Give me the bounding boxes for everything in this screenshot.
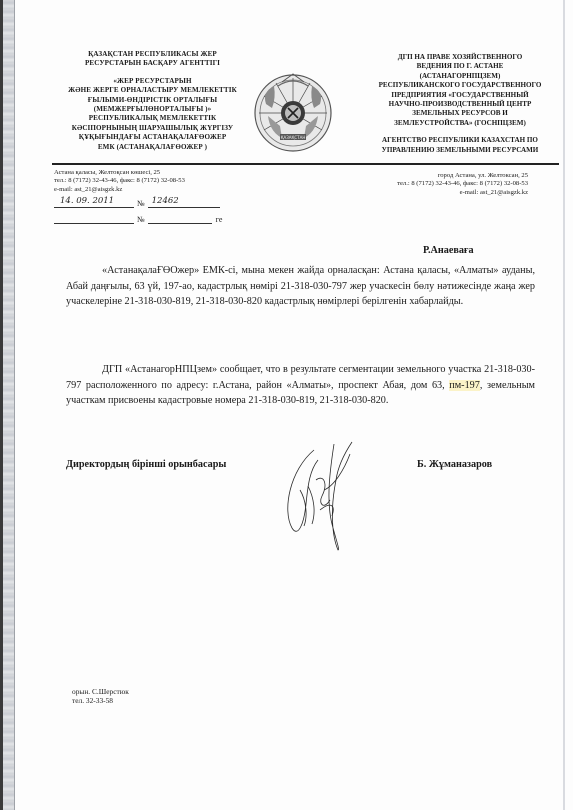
org-line: «ЖЕР РЕСУРСТАРЫН [60, 77, 245, 86]
email: e-mail: ast_21@aisgzk.kz [54, 186, 185, 194]
contacts-kazakh: Астана қаласы, Желтоқсан көшесі, 25 тел.… [54, 169, 185, 194]
org-line: ЕМК (АСТАНАҚАЛАҒӨОЖЕР ) [60, 143, 245, 152]
org-line: РЕСПУБЛИКАНСКОГО ГОСУДАРСТВЕННОГО [362, 81, 558, 90]
highlighted-text: пм-197 [449, 380, 480, 391]
suffix: ге [216, 215, 223, 224]
executor-name: орын. С.Шерстюк [72, 687, 129, 696]
org-line: РЕСПУБЛИКАЛЫҚ МЕМЛЕКЕТТІК [60, 114, 245, 123]
org-line: ҚАЗАҚСТАН РЕСПУБЛИКАСЫ ЖЕР [60, 50, 245, 59]
blank-field [54, 213, 134, 224]
state-emblem-icon: ҚАЗАҚСТАН [252, 72, 334, 154]
org-line: РЕСУРСТАРЫН БАСҚАРУ АГЕНТТІГІ [60, 59, 245, 68]
date-field: 14. 09. 2011 [54, 197, 134, 208]
org-line: ҒЫЛЫМИ-ӨНДІРІСТІК ОРТАЛЫҒЫ [60, 96, 245, 105]
org-line: АГЕНТСТВО РЕСПУБЛИКИ КАЗАХСТАН ПО [362, 136, 558, 145]
signature-icon [280, 440, 360, 552]
incoming-registration: №ге [54, 213, 222, 224]
contacts-russian: город Астана, ул. Желтоксан, 25 тел.: 8 … [397, 172, 528, 197]
executor-phone: тел. 32-33-58 [72, 696, 129, 705]
letterhead-kazakh: ҚАЗАҚСТАН РЕСПУБЛИКАСЫ ЖЕР РЕСУРСТАРЫН Б… [60, 50, 245, 152]
org-line: ЗЕМЕЛЬНЫХ РЕСУРСОВ И [362, 109, 558, 118]
body-paragraph-russian: ДГП «АстанагорНПЦзем» сообщает, что в ре… [66, 362, 535, 409]
signatory-title: Директордың бірінші орынбасары [66, 459, 226, 470]
org-line: (АСТАНАГОРНПЦЗЕМ) [362, 72, 558, 81]
org-line: ЖӘНЕ ЖЕРГЕ ОРНАЛАСТЫРУ МЕМЛЕКЕТТІК [60, 86, 245, 95]
scan-right-edge [563, 0, 565, 810]
org-line: НАУЧНО-ПРОИЗВОДСТВЕННЫЙ ЦЕНТР [362, 100, 558, 109]
org-line: ҚҰҚЫҒЫНДАҒЫ АСТАНАҚАЛАҒӨОЖЕР [60, 133, 245, 142]
outgoing-registration: 14. 09. 2011 № 12462 [54, 197, 220, 208]
addressee: Р.Анаеваға [423, 245, 474, 256]
letterhead-russian: ДГП НА ПРАВЕ ХОЗЯЙСТВЕННОГО ВЕДЕНИЯ ПО Г… [362, 53, 558, 155]
org-line: КӘСІПОРНЫНЫҢ ШАРУАШЫЛЫҚ ЖҮРГІЗУ [60, 124, 245, 133]
org-line: ПРЕДПРИЯТИЯ «ГОСУДАРСТВЕННЫЙ [362, 91, 558, 100]
org-line: ЗЕМЛЕУСТРОЙСТВА» (ГОСНПЦЗЕМ) [362, 119, 558, 128]
phone: тел.: 8 (7172) 32-43-46, факс: 8 (7172) … [54, 177, 185, 185]
executor-info: орын. С.Шерстюк тел. 32-33-58 [72, 687, 129, 706]
document-page: ҚАЗАҚСТАН РЕСПУБЛИКАСЫ ЖЕР РЕСУРСТАРЫН Б… [0, 0, 573, 810]
number-symbol: № [137, 215, 145, 224]
org-line: УПРАВЛЕНИЮ ЗЕМЕЛЬНЫМИ РЕСУРСАМИ [362, 146, 558, 155]
signatory-name: Б. Жұманазаров [417, 459, 492, 470]
org-line: ДГП НА ПРАВЕ ХОЗЯЙСТВЕННОГО [362, 53, 558, 62]
number-symbol: № [137, 199, 145, 208]
number-field: 12462 [148, 197, 220, 208]
address: Астана қаласы, Желтоқсан көшесі, 25 [54, 169, 185, 177]
handwritten-number: 12462 [152, 196, 179, 206]
address: город Астана, ул. Желтоксан, 25 [397, 172, 528, 180]
svg-text:ҚАЗАҚСТАН: ҚАЗАҚСТАН [281, 135, 306, 140]
handwritten-date: 14. 09. 2011 [60, 196, 114, 206]
letterhead-divider [52, 163, 559, 165]
phone: тел.: 8 (7172) 32-43-46, факс: 8 (7172) … [397, 180, 528, 188]
org-line: ВЕДЕНИЯ ПО Г. АСТАНЕ [362, 62, 558, 71]
blank-field [148, 213, 212, 224]
email: e-mail: ast_21@aisgzk.kz [397, 189, 528, 197]
scan-edge [0, 0, 3, 810]
org-line: (МЕМЖЕРҒЫЛӨНОРТАЛЫҒЫ )» [60, 105, 245, 114]
body-paragraph-kazakh: «АстанақалаҒӨОжер» ЕМК-сі, мына мекен жа… [66, 263, 535, 310]
